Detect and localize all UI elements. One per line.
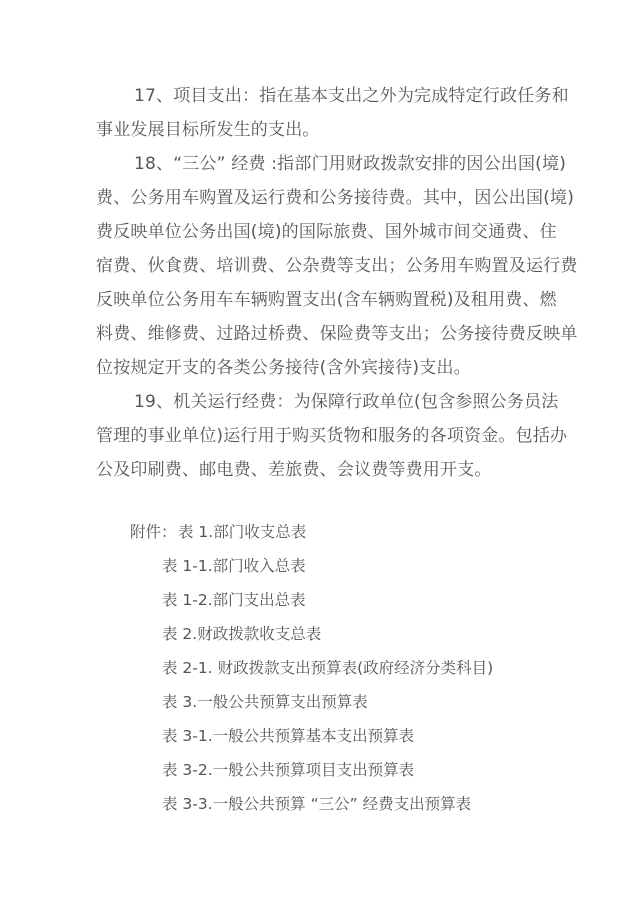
paragraph-18-line-1: 18、“三公” 经费 :指部门用财政拨款安排的因公出国(境) [134, 154, 566, 174]
attachment-item: 表 1.部门收支总表 [178, 522, 306, 542]
paragraph-18-line-3: 费反映单位公务出国(境)的国际旅费、国外城市间交通费、住 [96, 222, 557, 242]
attachment-item: 表 2.财政拨款收支总表 [162, 624, 321, 644]
paragraph-18-line-5: 反映单位公务用车车辆购置支出(含车辆购置税)及租用费、燃 [96, 290, 557, 310]
attachment-item: 表 2-1. 财政拨款支出预算表(政府经济分类科目) [162, 658, 493, 678]
paragraph-18-line-7: 位按规定开支的各类公务接待(含外宾接待)支出。 [96, 358, 471, 378]
paragraph-17-line-1: 17、项目支出：指在基本支出之外为完成特定行政任务和 [134, 86, 569, 106]
paragraph-19-line-3: 公及印刷费、邮电费、差旅费、会议费等费用开支。 [96, 460, 492, 480]
attachment-item: 表 1-1.部门收入总表 [162, 556, 306, 576]
attachment-item: 表 3-3.一般公共预算 “三公” 经费支出预算表 [162, 794, 471, 814]
paragraph-18-line-4: 宿费、伙食费、培训费、公杂费等支出；公务用车购置及运行费 [96, 256, 578, 276]
paragraph-19-line-1: 19、机关运行经费：为保障行政单位(包含参照公务员法 [134, 392, 558, 412]
paragraph-17-line-2: 事业发展目标所发生的支出。 [96, 120, 320, 140]
paragraph-19-line-2: 管理的事业单位)运行用于购买货物和服务的各项资金。包括办 [96, 426, 567, 446]
paragraph-18-line-6: 料费、维修费、过路过桥费、保险费等支出；公务接待费反映单 [96, 324, 578, 344]
attachment-item: 表 1-2.部门支出总表 [162, 590, 306, 610]
attachment-item: 表 3.一般公共预算支出预算表 [162, 692, 368, 712]
document-page: 17、项目支出：指在基本支出之外为完成特定行政任务和 事业发展目标所发生的支出。… [0, 0, 640, 906]
attachments-label: 附件： [130, 522, 177, 542]
paragraph-18-line-2: 费、公务用车购置及运行费和公务接待费。其中，因公出国(境) [96, 188, 574, 208]
attachment-item: 表 3-1.一般公共预算基本支出预算表 [162, 726, 414, 746]
attachment-item: 表 3-2.一般公共预算项目支出预算表 [162, 760, 414, 780]
